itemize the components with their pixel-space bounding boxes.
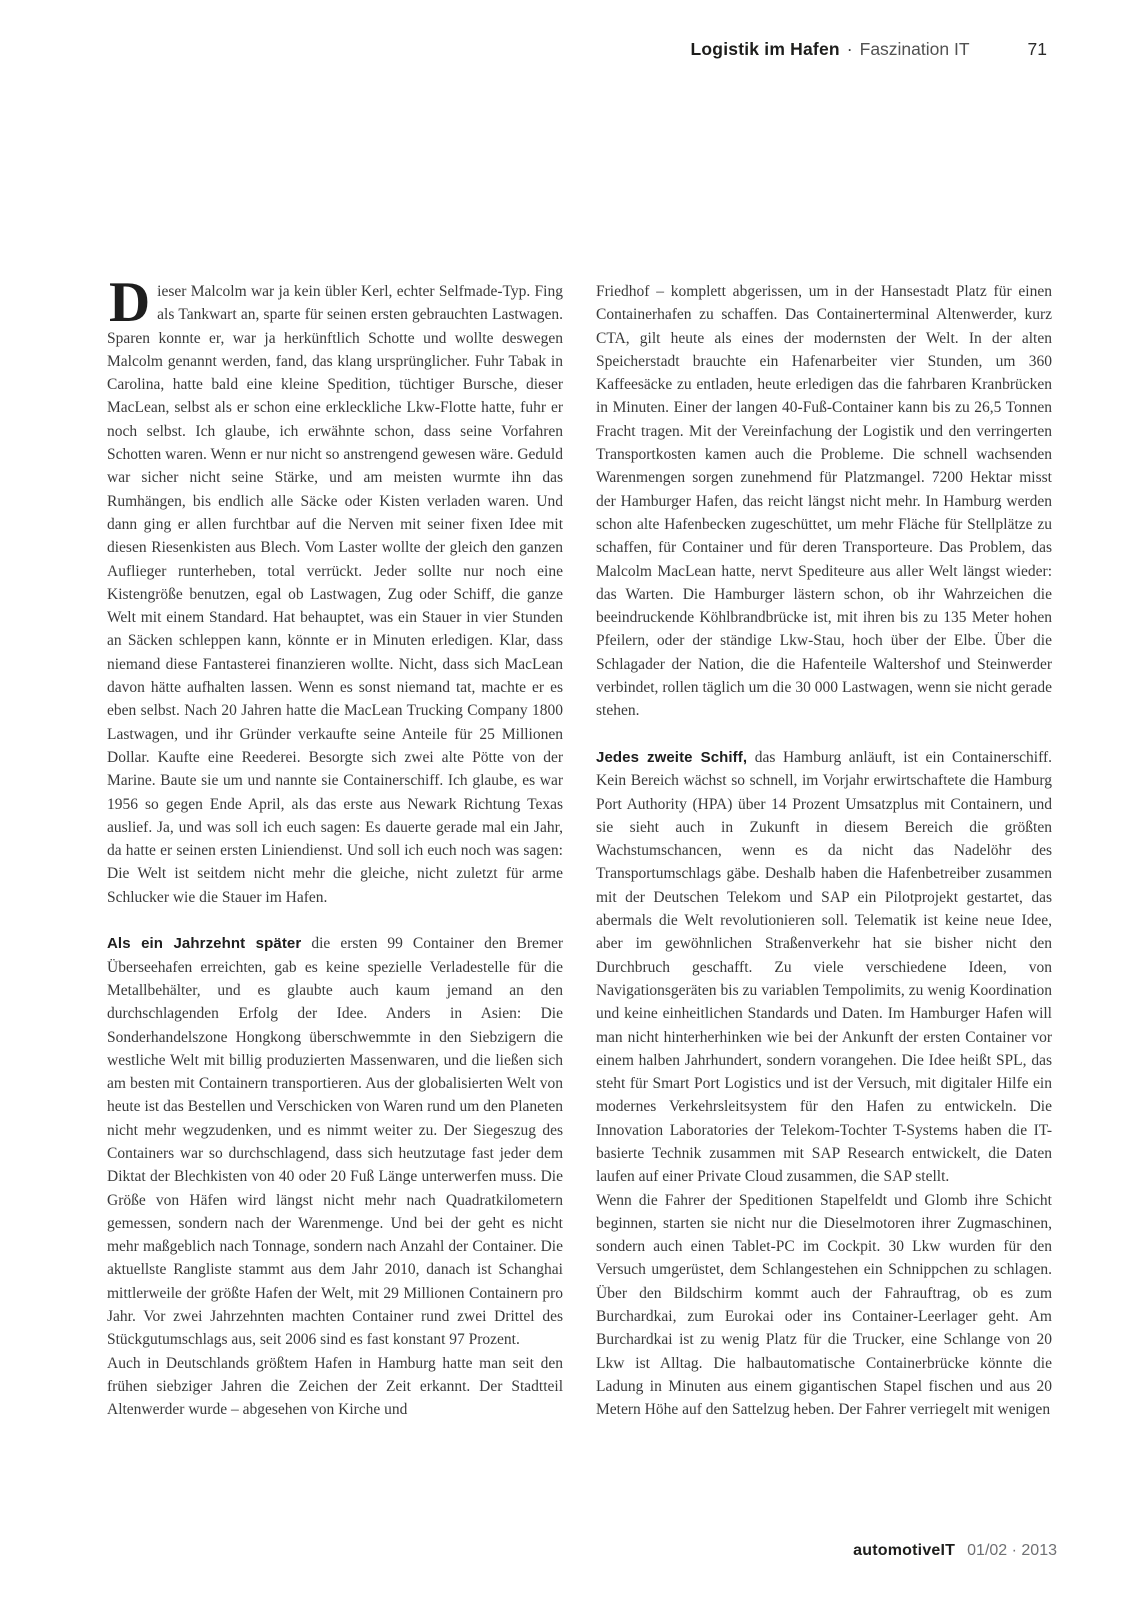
paragraph-text: Auch in Deutschlands größtem Hafen in Ha… — [107, 1355, 563, 1419]
paragraph-text: Friedhof – komplett abgerissen, um in de… — [596, 283, 1052, 719]
page-footer: automotiveIT01/02 · 2013 — [853, 1541, 1057, 1560]
header-subsection-title: Faszination IT — [860, 39, 970, 59]
article-column-right: Friedhof – komplett abgerissen, um in de… — [596, 280, 1052, 1542]
magazine-page: Logistik im Hafen·Faszination IT71 Diese… — [0, 0, 1132, 1600]
issue-date: 01/02 · 2013 — [967, 1542, 1057, 1559]
magazine-name: automotiveIT — [853, 1542, 955, 1559]
page-number: 71 — [1028, 39, 1047, 59]
header-separator-dot: · — [847, 39, 853, 59]
paragraph-text: die ersten 99 Container den Bremer Übers… — [107, 935, 563, 1348]
paragraph-text: das Hamburg anläuft, ist ein Containersc… — [596, 749, 1052, 1185]
article-column-left: Dieser Malcolm war ja kein übler Kerl, e… — [107, 280, 563, 1542]
paragraph-hamburg-history: Auch in Deutschlands größtem Hafen in Ha… — [107, 1352, 563, 1422]
paragraph-lead-in: Jedes zweite Schiff, — [596, 749, 747, 766]
header-section-title: Logistik im Hafen — [691, 39, 840, 59]
paragraph-text: Wenn die Fahrer der Speditionen Stapelfe… — [596, 1192, 1052, 1419]
paragraph-lead-in: Als ein Jahrzehnt später — [107, 935, 301, 952]
article-body: Dieser Malcolm war ja kein übler Kerl, e… — [107, 280, 1053, 1542]
paragraph-decade-later: Als ein Jahrzehnt später die ersten 99 C… — [107, 932, 563, 1351]
paragraph-truck-drivers: Wenn die Fahrer der Speditionen Stapelfe… — [596, 1189, 1052, 1422]
paragraph-intro: Dieser Malcolm war ja kein übler Kerl, e… — [107, 280, 563, 909]
paragraph-every-second-ship: Jedes zweite Schiff, das Hamburg anläuft… — [596, 746, 1052, 1189]
drop-cap: D — [107, 281, 157, 325]
paragraph-text: ieser Malcolm war ja kein übler Kerl, ec… — [107, 283, 563, 906]
paragraph-altenwerder: Friedhof – komplett abgerissen, um in de… — [596, 280, 1052, 723]
running-header: Logistik im Hafen·Faszination IT71 — [0, 39, 1047, 59]
